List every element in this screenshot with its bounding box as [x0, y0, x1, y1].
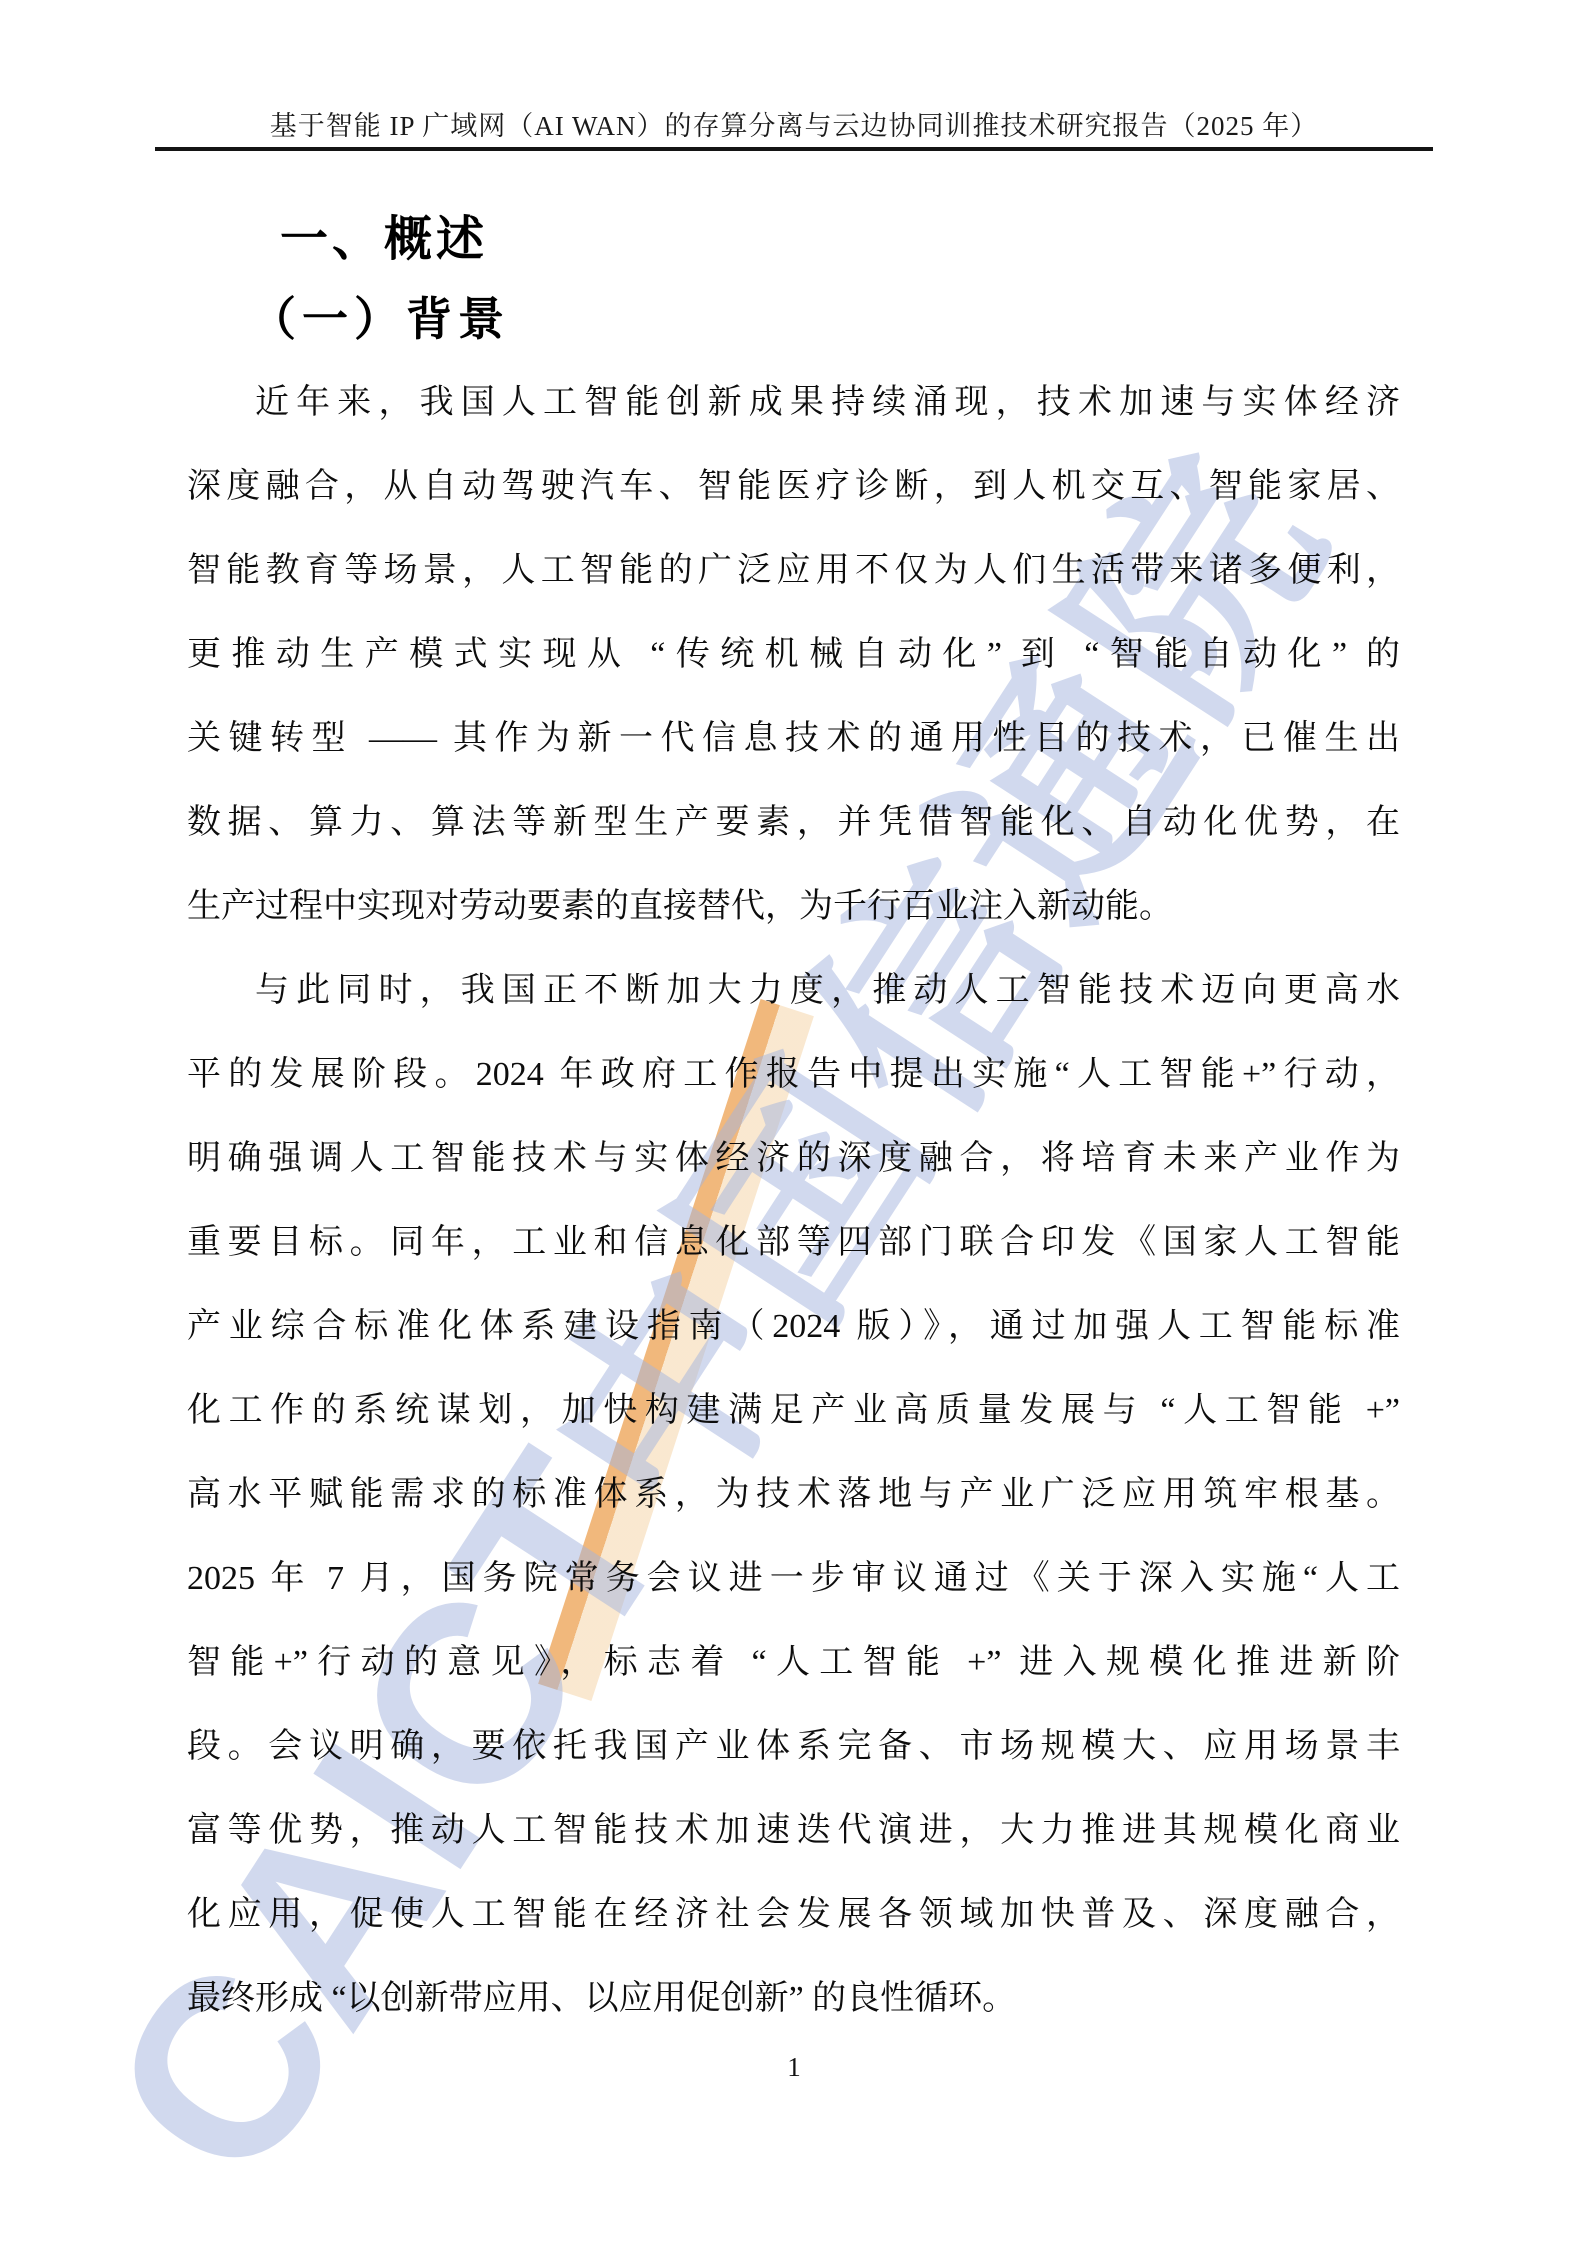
body-line: 关键转型 —— 其作为新一代信息技术的通用性目的技术，已催生出 — [187, 697, 1400, 781]
body-line: 智能教育等场景，人工智能的广泛应用不仅为人们生活带来诸多便利， — [187, 529, 1400, 613]
header-divider — [155, 147, 1433, 151]
page-number: 1 — [0, 2052, 1588, 2083]
body-line: 与此同时，我国正不断加大力度，推动人工智能技术迈向更高水 — [187, 949, 1400, 1033]
body-line: 最终形成 “以创新带应用、以应用促创新” 的良性循环。 — [187, 1957, 1400, 2041]
body-line: 智能+”行动的意见》，标志着 “人工智能 +” 进入规模化推进新阶 — [187, 1621, 1400, 1705]
body-line: 数据、算力、算法等新型生产要素，并凭借智能化、自动化优势，在 — [187, 781, 1400, 865]
body-line: 重要目标。同年，工业和信息化部等四部门联合印发《国家人工智能 — [187, 1201, 1400, 1285]
body-line: 段。会议明确，要依托我国产业体系完备、市场规模大、应用场景丰 — [187, 1705, 1400, 1789]
body-line: 化工作的系统谋划，加快构建满足产业高质量发展与 “人工智能 +” — [187, 1369, 1400, 1453]
running-header: 基于智能 IP 广域网（AI WAN）的存算分离与云边协同训推技术研究报告（20… — [0, 104, 1588, 143]
page-content: 基于智能 IP 广域网（AI WAN）的存算分离与云边协同训推技术研究报告（20… — [0, 0, 1588, 2245]
body-line: 更推动生产模式实现从 “传统机械自动化” 到 “智能自动化” 的 — [187, 613, 1400, 697]
body-line: 产业综合标准化体系建设指南（2024 版）》，通过加强人工智能标准 — [187, 1285, 1400, 1369]
body-line: 化应用，促使人工智能在经济社会发展各领域加快普及、深度融合， — [187, 1873, 1400, 1957]
body-line: 深度融合，从自动驾驶汽车、智能医疗诊断，到人机交互、智能家居、 — [187, 445, 1400, 529]
body-line: 明确强调人工智能技术与实体经济的深度融合，将培育未来产业作为 — [187, 1117, 1400, 1201]
body-line: 平的发展阶段。2024 年政府工作报告中提出实施“人工智能+”行动， — [187, 1033, 1400, 1117]
subsection-heading-background: （一）背景 — [250, 283, 510, 349]
body-line: 富等优势，推动人工智能技术加速迭代演进，大力推进其规模化商业 — [187, 1789, 1400, 1873]
body-line: 生产过程中实现对劳动要素的直接替代，为千行百业注入新动能。 — [187, 865, 1400, 949]
body-line: 高水平赋能需求的标准体系，为技术落地与产业广泛应用筑牢根基。 — [187, 1453, 1400, 1537]
body-line: 2025 年 7 月，国务院常务会议进一步审议通过《关于深入实施“人工 — [187, 1537, 1400, 1621]
body-line: 近年来，我国人工智能创新成果持续涌现，技术加速与实体经济 — [187, 361, 1400, 445]
document-page: CAICT中国信通院 基于智能 IP 广域网（AI WAN）的存算分离与云边协同… — [0, 0, 1588, 2245]
section-heading-overview: 一、概述 — [280, 200, 488, 269]
body-text: 近年来，我国人工智能创新成果持续涌现，技术加速与实体经济深度融合，从自动驾驶汽车… — [187, 361, 1400, 2041]
